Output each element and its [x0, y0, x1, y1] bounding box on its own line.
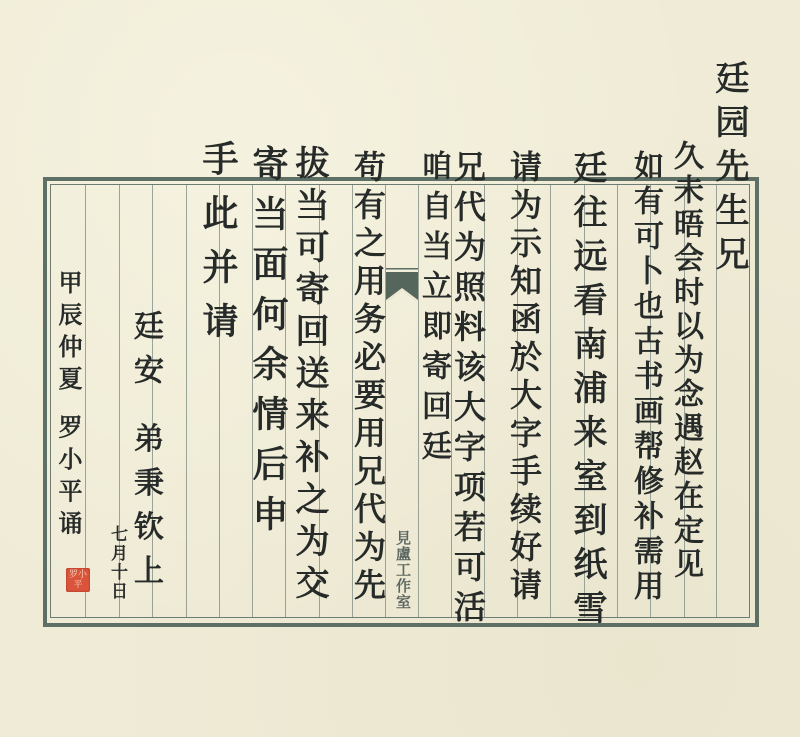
body-column-2: 如有可卜也古书画帮修补需用 [630, 150, 660, 605]
letter-date: 七月十日 [108, 525, 125, 601]
inscription: 甲辰仲夏 罗小平诵 [56, 270, 80, 542]
column-rule [186, 185, 187, 617]
body-column-8: 拔当可寄回送来补之为交 [292, 145, 326, 607]
body-column-10: 手此并请 [200, 140, 236, 356]
body-column-6: 咱自当立即寄回廷 [418, 150, 448, 470]
body-column-4: 请为示知函於大字手续好请 [508, 150, 540, 606]
closing-signature: 廷安 弟秉钦上 [130, 310, 160, 598]
column-rule [85, 185, 86, 617]
body-column-1: 久未晤会时以为念遇赵在定见 [670, 140, 700, 582]
fishtail-marker-icon [386, 268, 418, 302]
column-rule [617, 185, 618, 617]
red-seal: 罗小平 [66, 568, 90, 592]
body-column-7: 苟有之用务必要用兄代为先 [352, 150, 384, 606]
body-column-5: 兄代为照料该大字项若可活 [452, 150, 484, 630]
studio-watermark: 見盧工作室 [393, 530, 414, 610]
body-column-9: 寄当面何余情后申 [250, 145, 286, 545]
salutation: 廷园先生兄 [712, 60, 746, 280]
column-rule [550, 185, 551, 617]
body-column-3: 廷往远看南浦来室到纸雪 [570, 150, 604, 634]
